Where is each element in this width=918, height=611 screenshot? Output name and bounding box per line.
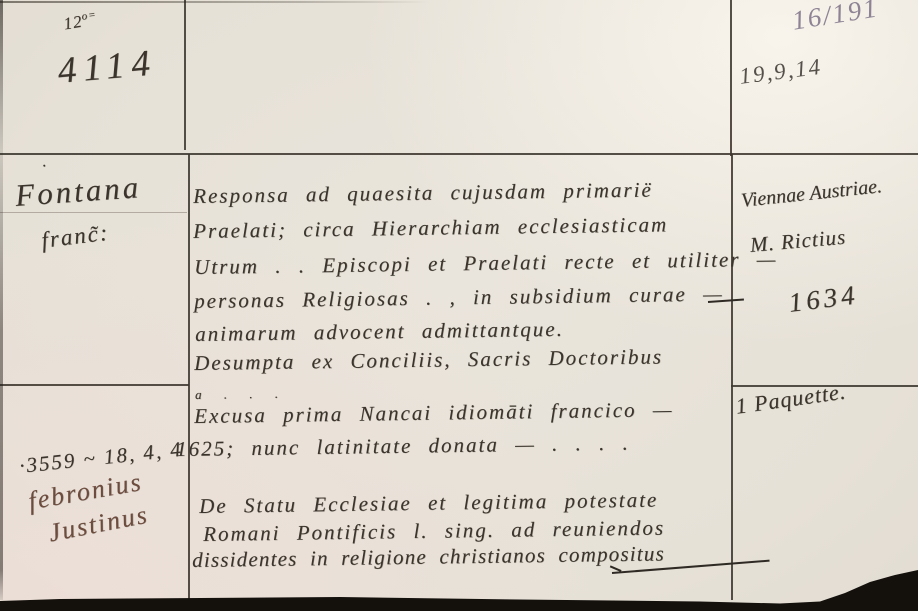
call-number: ·3559 ~ 18, 4, 4 bbox=[18, 437, 184, 479]
imprint-place: Viennae Austriae. bbox=[740, 175, 883, 213]
card-left-edge bbox=[0, 0, 3, 600]
format-mark: 12o= bbox=[62, 9, 99, 35]
imprint-printer: M. Rictius bbox=[749, 225, 847, 258]
title-line: Utrum . . Episcopi et Praelati recte et … bbox=[194, 247, 778, 280]
registry-number: 16/191 bbox=[790, 0, 881, 37]
title-line: animarum advocent admittantque. bbox=[195, 317, 564, 347]
title-line: Responsa ad quaesita cujusdam primarië bbox=[193, 178, 653, 209]
grid-hline-header bbox=[0, 153, 918, 155]
format-mark-superscript: o= bbox=[81, 9, 98, 23]
title-line: Praelati; circa Hierarchiam ecclesiastic… bbox=[193, 212, 668, 244]
shelf-number: 4114 bbox=[56, 41, 159, 92]
date-note: 19,9,14 bbox=[738, 54, 824, 90]
title-line: Excusa prima Nancai idiomāti francico — bbox=[194, 397, 674, 429]
title-line: Desumpta ex Conciliis, Sacris Doctoribus bbox=[194, 344, 663, 376]
grid-vline-right-bottom bbox=[731, 154, 733, 600]
imprint-year: 1634 bbox=[787, 279, 860, 318]
grid-hline-left-cell bbox=[0, 384, 189, 386]
title-note-marks: a . . . bbox=[195, 386, 283, 403]
title-line: personas Religiosas . , in subsidium cur… bbox=[194, 282, 724, 314]
author-forename: franc̃: bbox=[40, 220, 111, 254]
second-entry-line: De Statu Ecclesiae et legitima potestate bbox=[199, 488, 658, 519]
card-top-edge bbox=[0, 1, 430, 3]
grid-vline-right-top bbox=[730, 0, 732, 156]
catalog-card: 12o= 4114 16/191 19,9,14 · Fontana franc… bbox=[0, 0, 918, 611]
grid-vline-left-bottom bbox=[188, 154, 190, 600]
title-line: 1625; nunc latinitate donata — . . . . bbox=[176, 431, 630, 462]
grid-vline-left-top bbox=[184, 0, 186, 150]
stray-ink-dot: · bbox=[42, 158, 46, 176]
bottom-edge-shadow bbox=[0, 566, 918, 611]
author-surname: Fontana bbox=[14, 169, 142, 214]
